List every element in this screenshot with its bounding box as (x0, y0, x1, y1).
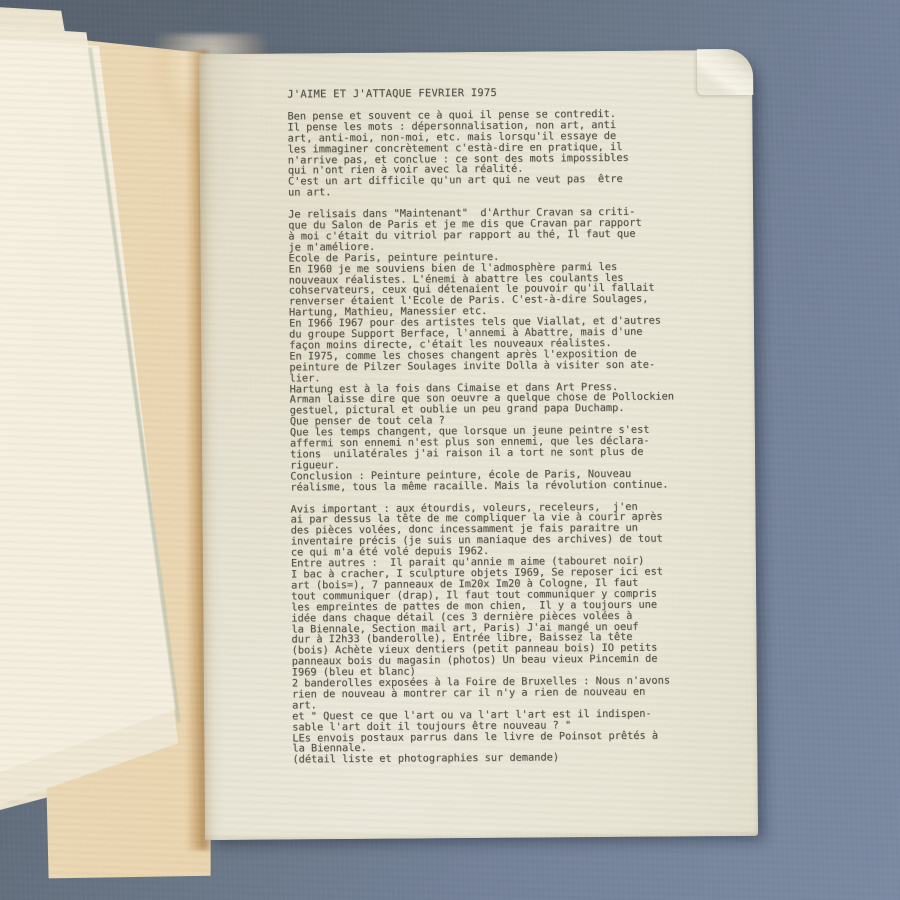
document-page: J'AIME ET J'ATTAQUE FEVRIER I975 Ben pen… (199, 50, 758, 840)
document-title: J'AIME ET J'ATTAQUE FEVRIER I975 (287, 86, 682, 100)
document-text-block: J'AIME ET J'ATTAQUE FEVRIER I975 Ben pen… (199, 50, 758, 840)
photo-backdrop: J'AIME ET J'ATTAQUE FEVRIER I975 Ben pen… (0, 0, 900, 900)
document-body: Ben pense et souvent ce à quoi il pense … (287, 108, 687, 765)
